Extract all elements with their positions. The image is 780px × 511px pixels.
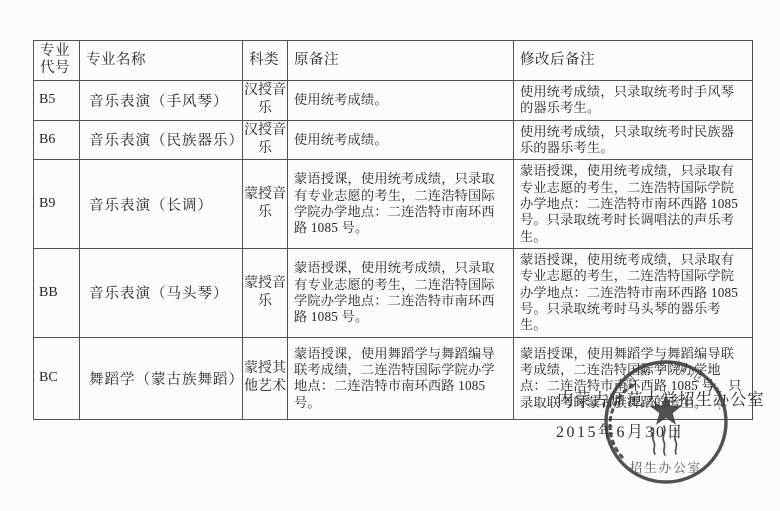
revised-note: 使用统考成绩，只录取统考时手风琴的器乐考生。 bbox=[514, 80, 753, 120]
major-code: BB bbox=[34, 249, 80, 338]
stamp-bottom-text: 招生办公室 bbox=[630, 460, 703, 475]
table-row: B9 音乐表演（长调） 蒙授音乐 蒙语授课，使用统考成绩，只录取有专业志愿的考生… bbox=[34, 160, 753, 249]
stamp-mongolian-script bbox=[675, 428, 677, 454]
major-name: 音乐表演（手风琴） bbox=[80, 80, 243, 120]
original-note: 使用统考成绩。 bbox=[288, 120, 514, 160]
major-code: B9 bbox=[34, 160, 80, 249]
major-name: 舞蹈学（蒙古族舞蹈） bbox=[80, 337, 243, 419]
col-header-category: 科类 bbox=[243, 41, 288, 81]
revised-note: 蒙语授课，使用统考成绩，只录取有专业志愿的考生，二连浩特国际学院办学地点：二连浩… bbox=[514, 249, 753, 338]
revised-note: 使用统考成绩，只录取统考时民族器乐的器乐考生。 bbox=[514, 120, 753, 160]
col-header-original-note: 原备注 bbox=[288, 41, 514, 81]
major-category: 汉授音乐 bbox=[243, 80, 288, 120]
major-name: 音乐表演（马头琴） bbox=[80, 249, 243, 338]
major-category: 蒙授音乐 bbox=[243, 160, 288, 249]
major-name: 音乐表演（民族器乐） bbox=[80, 120, 243, 160]
major-category: 汉授音乐 bbox=[243, 120, 288, 160]
major-code: BC bbox=[34, 337, 80, 419]
table-row: BB 音乐表演（马头琴） 蒙授音乐 蒙语授课，使用统考成绩，只录取有专业志愿的考… bbox=[34, 249, 753, 338]
major-name: 音乐表演（长调） bbox=[80, 160, 243, 249]
major-code: B5 bbox=[34, 80, 80, 120]
stamp-mongolian-script bbox=[663, 426, 665, 455]
original-note: 蒙语授课，使用统考成绩，只录取有专业志愿的考生，二连浩特国际学院办学地点：二连浩… bbox=[288, 249, 514, 338]
original-note: 蒙语授课，使用舞蹈学与舞蹈编导联考成绩，二连浩特国际学院办学地点：二连浩特市南环… bbox=[288, 337, 514, 419]
original-note: 蒙语授课，使用统考成绩，只录取有专业志愿的考生，二连浩特国际学院办学地点：二连浩… bbox=[288, 160, 514, 249]
scanned-document-page: 专业代号 专业名称 科类 原备注 修改后备注 B5 音乐表演（手风琴） 汉授音乐… bbox=[0, 0, 780, 511]
major-category: 蒙授其他艺术 bbox=[243, 337, 288, 419]
revised-note: 蒙语授课，使用统考成绩，只录取有专业志愿的考生，二连浩特国际学院办学地点：二连浩… bbox=[514, 160, 753, 249]
major-code: B6 bbox=[34, 120, 80, 160]
stamp-star-icon bbox=[650, 394, 682, 425]
header-row: 专业代号 专业名称 科类 原备注 修改后备注 bbox=[34, 41, 753, 81]
major-category: 蒙授音乐 bbox=[243, 249, 288, 338]
stamp-mongolian-script bbox=[653, 428, 655, 454]
original-note: 使用统考成绩。 bbox=[288, 80, 514, 120]
table-row: B6 音乐表演（民族器乐） 汉授音乐 使用统考成绩。 使用统考成绩，只录取统考时… bbox=[34, 120, 753, 160]
official-round-stamp: 内蒙古师范大学 招生办公室 bbox=[597, 354, 739, 506]
col-header-revised-note: 修改后备注 bbox=[514, 41, 753, 81]
col-header-major-name: 专业名称 bbox=[80, 41, 243, 81]
col-header-major-code: 专业代号 bbox=[34, 41, 80, 81]
table-row: B5 音乐表演（手风琴） 汉授音乐 使用统考成绩。 使用统考成绩，只录取统考时手… bbox=[34, 80, 753, 120]
